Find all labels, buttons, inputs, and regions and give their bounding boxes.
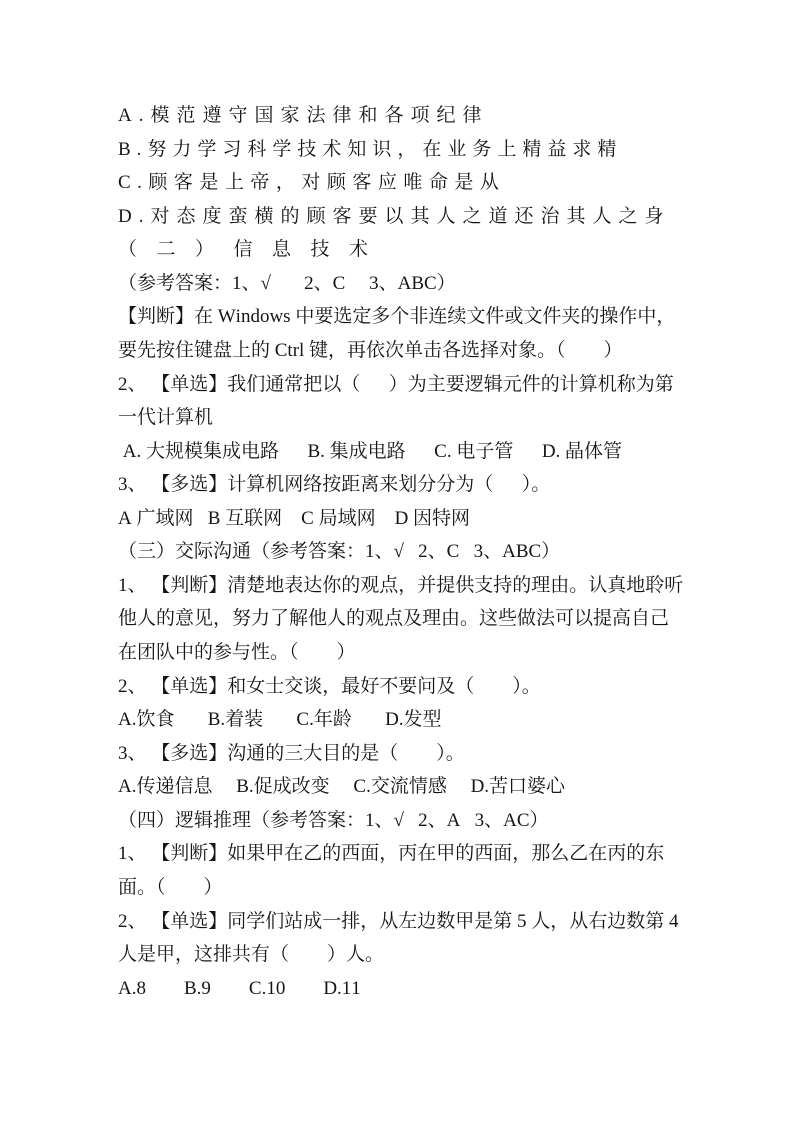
text-line: 在团队中的参与性。（ ）: [118, 636, 718, 670]
document-page: A.模范遵守国家法律和各项纪律B.努力学习科学技术知识，在业务上精益求精C.顾客…: [0, 0, 793, 1122]
text-line: C.顾客是上帝，对顾客应唯命是从: [118, 166, 718, 200]
text-line: A.饮食 B.着装 C.年龄 D.发型: [118, 703, 718, 737]
text-line: 人是甲，这排共有（ ）人。: [118, 938, 718, 972]
text-line: 2、 【单选】和女士交谈，最好不要问及（ ）。: [118, 670, 718, 704]
text-line: A. 大规模集成电路 B. 集成电路 C. 电子管 D. 晶体管: [118, 435, 718, 469]
text-line: 【判断】在 Windows 中要选定多个非连续文件或文件夹的操作中，: [118, 300, 718, 334]
document-content: A.模范遵守国家法律和各项纪律B.努力学习科学技术知识，在业务上精益求精C.顾客…: [118, 99, 718, 1005]
text-line: 要先按住键盘上的 Ctrl 键，再依次单击各选择对象。（ ）: [118, 334, 718, 368]
text-line: （二）信息技术: [118, 233, 718, 267]
text-line: 他人的意见，努力了解他人的观点及理由。这些做法可以提高自己: [118, 602, 718, 636]
text-line: （参考答案：1、√ 2、C 3、ABC）: [118, 267, 718, 301]
text-line: B.努力学习科学技术知识，在业务上精益求精: [118, 133, 718, 167]
text-line: （四）逻辑推理（参考答案：1、√ 2、A 3、AC）: [118, 804, 718, 838]
text-line: 2、 【单选】我们通常把以（ ）为主要逻辑元件的计算机称为第: [118, 368, 718, 402]
text-line: 1、 【判断】清楚地表达你的观点，并提供支持的理由。认真地聆听: [118, 569, 718, 603]
text-line: 3、 【多选】计算机网络按距离来划分分为（ ）。: [118, 468, 718, 502]
text-line: 一代计算机: [118, 401, 718, 435]
text-line: A.传递信息 B.促成改变 C.交流情感 D.苦口婆心: [118, 770, 718, 804]
text-line: 面。（ ）: [118, 871, 718, 905]
text-line: D.对态度蛮横的顾客要以其人之道还治其人之身: [118, 200, 718, 234]
text-line: 2、 【单选】同学们站成一排，从左边数甲是第 5 人，从右边数第 4: [118, 905, 718, 939]
text-line: 3、 【多选】沟通的三大目的是（ ）。: [118, 737, 718, 771]
text-line: A.8 B.9 C.10 D.11: [118, 972, 718, 1006]
text-line: （三）交际沟通（参考答案：1、√ 2、C 3、ABC）: [118, 535, 718, 569]
text-line: A 广域网 B 互联网 C 局域网 D 因特网: [118, 502, 718, 536]
text-line: 1、 【判断】如果甲在乙的西面，丙在甲的西面，那么乙在丙的东: [118, 837, 718, 871]
text-line: A.模范遵守国家法律和各项纪律: [118, 99, 718, 133]
